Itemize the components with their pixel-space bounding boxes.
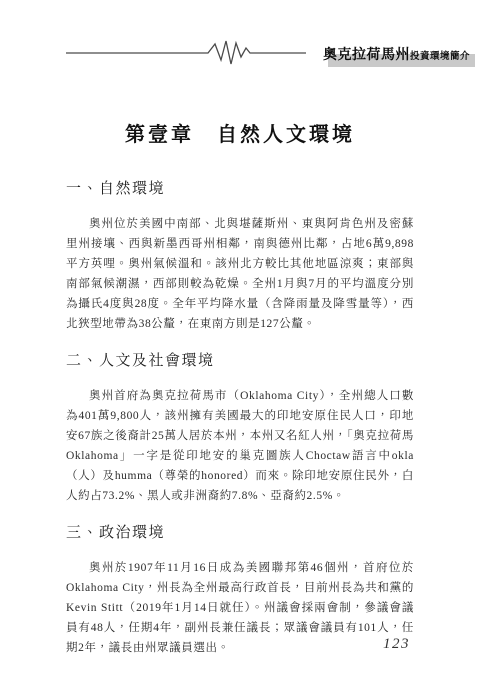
section-heading: 三、政治環境 [66,522,414,544]
document-page: 奧克拉荷馬州投資環境簡介 第壹章 自然人文環境 一、自然環境 奧州位於美國中南部… [0,0,480,679]
running-head-main: 奧克拉荷馬州 [323,46,410,62]
section-social-environment: 二、人文及社會環境 奧州首府為奧克拉荷馬市（Oklahoma City），全州總… [66,350,414,506]
section-political-environment: 三、政治環境 奧州於1907年11月16日成為美國聯邦第46個州，首府位於Okl… [66,522,414,658]
section-heading: 一、自然環境 [66,178,414,200]
running-head-sub: 投資環境簡介 [410,51,470,62]
section-natural-environment: 一、自然環境 奧州位於美國中南部、北與堪薩斯州、東與阿肯色州及密蘇里州接壤、西與… [66,178,414,334]
running-head-title: 奧克拉荷馬州投資環境簡介 [323,44,470,64]
section-body: 奧州於1907年11月16日成為美國聯邦第46個州，首府位於Oklahoma C… [66,558,414,658]
page-number: 123 [383,636,410,653]
heartbeat-zigzag-rule-icon [66,38,306,68]
section-heading: 二、人文及社會環境 [66,350,414,372]
chapter-title: 第壹章 自然人文環境 [0,118,480,147]
section-body: 奧州首府為奧克拉荷馬市（Oklahoma City），全州總人口數為401萬9,… [66,386,414,506]
page-header: 奧克拉荷馬州投資環境簡介 [0,0,480,80]
page-content: 一、自然環境 奧州位於美國中南部、北與堪薩斯州、東與阿肯色州及密蘇里州接壤、西與… [66,178,414,674]
section-body: 奧州位於美國中南部、北與堪薩斯州、東與阿肯色州及密蘇里州接壤、西與新墨西哥州相鄰… [66,214,414,334]
